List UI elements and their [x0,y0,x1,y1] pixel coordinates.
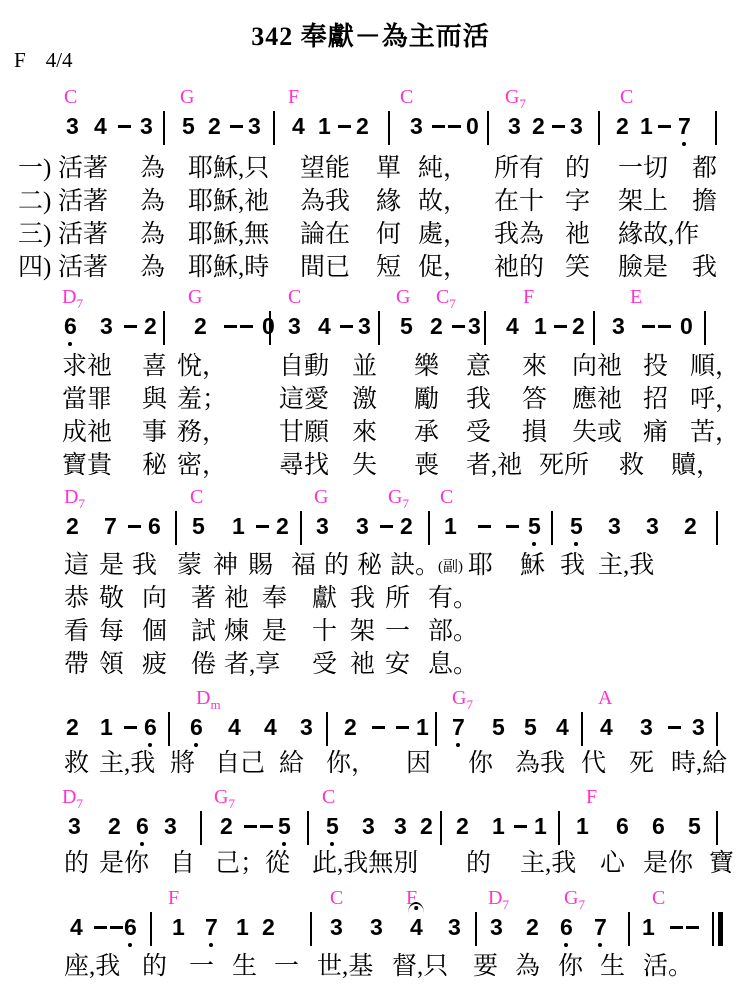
note-number: 6 [616,815,629,838]
note-number: 2 [420,815,433,838]
lyric-text: 是 [262,619,287,644]
note-number: 2 [616,115,629,138]
chord-subscript: 7 [449,296,456,311]
chord-label: G [396,287,410,307]
bar-line [428,511,430,545]
lyric-text: 穌 [520,553,545,578]
lyric-text: 寶貴 [62,453,112,478]
note-dash [506,525,519,528]
note-dash [452,325,465,328]
note-dash [256,525,269,528]
lyric-text: 試 [191,619,216,644]
lyric-text: 你 [558,954,583,979]
lyric-text: 為 [140,255,165,280]
lyric-text: 與 [142,387,167,412]
bar-line [310,912,312,946]
lyric-text: 來 [522,354,547,379]
lyric-text: 緣故,作 [618,222,699,247]
chord-label: D7 [62,287,83,310]
lyric-text: 煉 [224,619,249,644]
lyric-text: 祂 [350,652,375,677]
lyric-text: 純， [418,156,468,181]
note-dash [448,125,461,128]
lyric-text: 活著 [58,156,108,181]
note-dash [552,125,565,128]
bar-line [704,311,706,345]
lyric-text: 耶穌,只 [188,156,269,181]
chord-label: G [180,87,194,107]
chord-label: F [523,287,534,307]
lyric-text: 一 [274,954,299,979]
bar-line [716,712,718,746]
lyric-text: 心 [600,851,625,876]
note-number: 3 [164,815,177,838]
lyric-text: 樂 [414,354,439,379]
bar-line [388,111,390,145]
bar-line [378,311,380,345]
verse-label: 一) [18,156,51,181]
bar-line [598,111,600,145]
chord-subscript: m [210,697,220,712]
lyric-text: 損 [522,420,547,445]
note-number: 2 [208,115,221,138]
lyric-text: 望能 [300,156,350,181]
note-dash [478,525,491,528]
lyric-text: 所 [385,586,410,611]
note-number: 1 [172,916,185,939]
lyric-text: 自 [170,851,195,876]
lyric-text: 你 [468,751,493,776]
lyric-text: 失 [352,453,377,478]
chord-label: F [168,888,179,908]
chord-label: G7 [505,87,526,110]
lyric-text: 生 [232,954,257,979]
bar-line [558,811,560,845]
note-number: 2 [400,515,413,538]
lyric-text: 死所 [539,453,589,478]
lyric-text: 死 [629,751,654,776]
lyric-text: 激 [352,387,377,412]
lyric-text: 我 [466,387,491,412]
lyric-text: 架 [350,619,375,644]
bar-line [200,811,202,845]
note-number: 5 [524,716,537,739]
note-number: 1 [534,815,547,838]
chord-label: D7 [62,787,83,810]
note-number: 3 [394,815,407,838]
note-dash [554,325,567,328]
lyric-text: 將 [170,751,195,776]
lyric-text: 的 [466,851,491,876]
note-dash [94,926,107,929]
chord-label: G7 [388,487,409,510]
lyric-text: 的 [64,851,89,876]
chord-subscript: 7 [466,697,473,712]
note-number: 2 [684,515,697,538]
lyric-text: 投 [643,354,668,379]
chord-label: G [188,287,202,307]
chord-subscript: 7 [76,296,83,311]
note-number: 5 [492,716,505,739]
lyric-text: 主,我 [598,553,654,578]
lyric-text: 倦 [191,652,216,677]
lyric-text: 耶穌,時 [188,255,269,280]
lyric-text: 十 [312,619,337,644]
lyric-text: 甘願 [279,420,329,445]
bar-line [163,111,165,145]
chord-label: Dm [196,688,221,711]
lyric-text: 自己 [215,751,265,776]
note-number: 3 [316,515,329,538]
lyric-text: 當罪 [62,387,112,412]
note-number: 3 [692,716,705,739]
note-dash [338,125,351,128]
note-number: 3 [358,315,371,338]
note-number: 5 [400,315,413,338]
bar-line [435,712,437,746]
lyric-text: 喪 [414,453,439,478]
lyric-text: 我為 [494,222,544,247]
note-number: 2 [526,916,539,939]
note-number: 3 [570,115,583,138]
note-number: 3 [362,815,375,838]
bar-line [475,912,477,946]
lyric-text: 有。 [428,586,478,611]
lyric-text: 敬 [99,586,124,611]
verse-label: 三) [18,222,51,247]
note-number: 4 [506,315,519,338]
chord-label: C [288,287,301,307]
lyric-text: 寶 [709,851,734,876]
chord-subscript: 7 [76,796,83,811]
lyric-text: 何 [376,222,401,247]
lyric-text: 蒙 [177,553,202,578]
lyric-text: 是你 [99,851,149,876]
lyric-text: 單 [376,156,401,181]
lyric-text: 在十 [494,189,544,214]
lyric-text: 為我 [300,189,350,214]
note-number: 1 [444,515,457,538]
note-number: 4 [94,115,107,138]
lyric-text: 因 [406,751,431,776]
note-dash [118,125,131,128]
note-dash [224,325,237,328]
lyric-text: 字 [565,189,590,214]
chord-subscript: 7 [228,796,235,811]
lyric-text: 是 [99,553,124,578]
note-number: 2 [344,716,357,739]
note-number: 0 [466,115,479,138]
note-number: 2 [262,916,275,939]
chord-label: G7 [564,888,585,911]
lyric-text: 的 [324,553,349,578]
hymn-sheet: 342 奉獻－為主而活 F4/4 CGFCG7C3435234123032321… [0,0,741,1003]
lyric-text: 一 [189,954,214,979]
refrain-marker: (副) [438,560,463,575]
note-number: 2 [144,315,157,338]
note-number: 7 [452,716,465,739]
lyric-text: 短 [376,255,401,280]
bar-line [715,111,717,145]
bar-line [175,511,177,545]
lyric-text: 祂 [224,586,249,611]
lyric-text: 悅， [177,354,227,379]
lyric-text: 勵 [414,387,439,412]
note-dash [514,825,527,828]
lyric-text: 我 [350,586,375,611]
lyric-text: 己；從 [215,851,290,876]
chord-label: F [288,87,299,107]
lyric-text: 受 [312,652,337,677]
lyric-text: 活著 [58,222,108,247]
lyric-text: 答 [522,387,547,412]
lyric-text: 呼， [690,387,740,412]
chord-label: G [314,487,328,507]
lyric-text: 主,我 [520,851,576,876]
lyric-text: 為我 [515,751,565,776]
verse-label: 二) [18,189,51,214]
bar-line [269,311,271,345]
chord-label: A [598,688,612,708]
lyric-text: 個 [142,619,167,644]
lyric-text: 耶穌,無 [188,222,269,247]
lyric-text: 羞； [177,387,227,412]
note-dash [372,726,385,729]
lyric-text: 此,我無別 [312,851,418,876]
lyric-text: 並 [352,354,377,379]
lyric-text: 為 [515,954,540,979]
note-number: 2 [356,115,369,138]
note-number: 1 [416,716,429,739]
lyric-text: 督,只 [392,954,448,979]
note-number: 3 [356,515,369,538]
note-number: 3 [448,916,461,939]
lyric-text: 故， [418,189,468,214]
fermata-icon [408,902,424,913]
key-signature: F [14,48,26,72]
chord-label: G7 [214,787,235,810]
bar-line [163,311,165,345]
lyric-text: 間已 [300,255,350,280]
note-number: 3 [608,515,621,538]
note-number: 5 [182,115,195,138]
bar-line [593,311,595,345]
lyric-text: 安 [385,652,410,677]
lyric-text: 為 [140,189,165,214]
note-number: 4 [264,716,277,739]
lyric-text: 招 [643,387,668,412]
bar-line [326,712,328,746]
note-number: 6 [64,315,77,338]
note-number: 5 [688,815,701,838]
note-number: 6 [560,916,573,939]
lyric-text: 尋找 [279,453,329,478]
note-number: 3 [370,916,383,939]
lyric-text: 祂 [565,222,590,247]
chord-label: C [652,888,665,908]
lyric-text: 要 [473,954,498,979]
lyric-text: 向祂 [572,354,622,379]
lyric-text: 者,祂 [466,453,522,478]
note-number: 1 [576,815,589,838]
lyric-text: 獻 [312,586,337,611]
note-number: 1 [318,115,331,138]
note-dash [686,926,699,929]
lyric-text: 一切 [618,156,668,181]
note-number: 6 [136,815,149,838]
note-number: 3 [410,115,423,138]
page-title: 342 奉獻－為主而活 [0,16,741,53]
lyric-text: 的 [565,156,590,181]
note-number: 6 [124,916,137,939]
note-number: 2 [108,815,121,838]
lyric-text: 的 [142,954,167,979]
note-dash [124,325,137,328]
note-number: 7 [594,916,607,939]
lyric-text: 秘 [142,453,167,478]
lyric-text: 活著 [58,255,108,280]
lyric-text: 秘 [357,553,382,578]
lyric-text: 祂的 [494,255,544,280]
lyric-text: 承 [414,420,439,445]
lyric-text: 務， [177,420,227,445]
note-number: 4 [556,716,569,739]
bar-line [150,912,152,946]
chord-subscript: 7 [402,496,409,511]
note-number: 3 [612,315,625,338]
lyric-text: 我 [692,255,717,280]
note-number: 7 [205,916,218,939]
chord-label: C [620,87,633,107]
chord-subscript: 7 [502,897,509,912]
note-number: 3 [468,315,481,338]
chord-label: C [64,87,77,107]
lyric-text: 救 [619,453,644,478]
note-number: 6 [652,815,665,838]
lyric-text: 賜 [248,553,273,578]
lyric-text: 活著 [58,189,108,214]
bar-line [168,712,170,746]
lyric-text: 恭 [64,586,89,611]
verse-label: 四) [18,255,51,280]
lyric-text: 向 [142,586,167,611]
note-number: 1 [640,115,653,138]
lyric-text: 架上 [618,189,668,214]
note-number: 3 [248,115,261,138]
lyric-text: 看 [64,619,89,644]
note-dash [240,325,253,328]
note-dash [380,525,393,528]
lyric-text: 活。 [643,954,693,979]
note-number: 2 [194,315,207,338]
note-number: 5 [192,515,205,538]
note-number: 5 [278,815,291,838]
lyric-text: 是你 [643,851,693,876]
lyric-text: 笑 [565,255,590,280]
note-number: 1 [492,815,505,838]
note-number: 0 [680,315,693,338]
lyric-text: 贖， [671,453,721,478]
lyric-text: 領 [99,652,124,677]
lyric-text: 意 [466,354,491,379]
lyric-text: 奉 [262,586,287,611]
time-signature: 4/4 [46,48,73,72]
note-dash [670,926,683,929]
chord-subscript: 7 [519,96,526,111]
note-number: 6 [148,515,161,538]
chord-label: C [400,87,413,107]
note-number: 6 [190,716,203,739]
note-number: 3 [140,115,153,138]
bar-line [440,811,442,845]
bar-line [628,912,630,946]
chord-subscript: 7 [578,897,585,912]
lyric-text: 處， [418,222,468,247]
note-dash [432,125,445,128]
lyric-text: 帶 [64,652,89,677]
note-number: 4 [70,916,83,939]
bar-line [487,111,489,145]
lyric-text: 密， [177,453,227,478]
lyric-text: 苦， [690,420,740,445]
note-number: 2 [66,716,79,739]
lyric-text: 時,給 [671,751,727,776]
note-dash [128,525,141,528]
note-number: 4 [292,115,305,138]
note-dash [244,825,257,828]
note-dash [260,825,273,828]
bar-line [307,811,309,845]
lyric-text: 為 [140,222,165,247]
note-number: 7 [678,115,691,138]
lyric-text: 一 [385,619,410,644]
chord-label: F [586,787,597,807]
note-dash [230,125,243,128]
lyric-text: 自動 [279,354,329,379]
note-number: 1 [534,315,547,338]
lyric-text: 失或 [572,420,622,445]
lyric-text: 主,我 [99,751,155,776]
lyric-text: 促， [418,255,468,280]
note-number: 3 [646,515,659,538]
note-number: 4 [318,315,331,338]
lyric-text: 我 [132,553,157,578]
lyric-text: 耶 [468,553,493,578]
lyric-text: 每 [99,619,124,644]
lyric-text: 應祂 [572,387,622,412]
note-number: 2 [430,315,443,338]
lyric-text: 者,享 [224,652,280,677]
note-number: 1 [100,716,113,739]
bar-line [484,311,486,345]
lyric-text: 緣 [376,189,401,214]
lyric-text: 神 [213,553,238,578]
lyric-text: 息。 [428,652,478,677]
lyric-text: 著 [191,586,216,611]
chord-label: C [440,487,453,507]
note-number: 4 [600,716,613,739]
lyric-text: 代 [581,751,606,776]
note-dash [110,926,123,929]
note-number: 3 [66,115,79,138]
bar-line [551,511,553,545]
note-number: 1 [642,916,655,939]
note-number: 3 [300,716,313,739]
bar-line [273,111,275,145]
lyric-text: 順， [690,354,740,379]
lyric-text: 求祂 [62,354,112,379]
note-number: 2 [220,815,233,838]
